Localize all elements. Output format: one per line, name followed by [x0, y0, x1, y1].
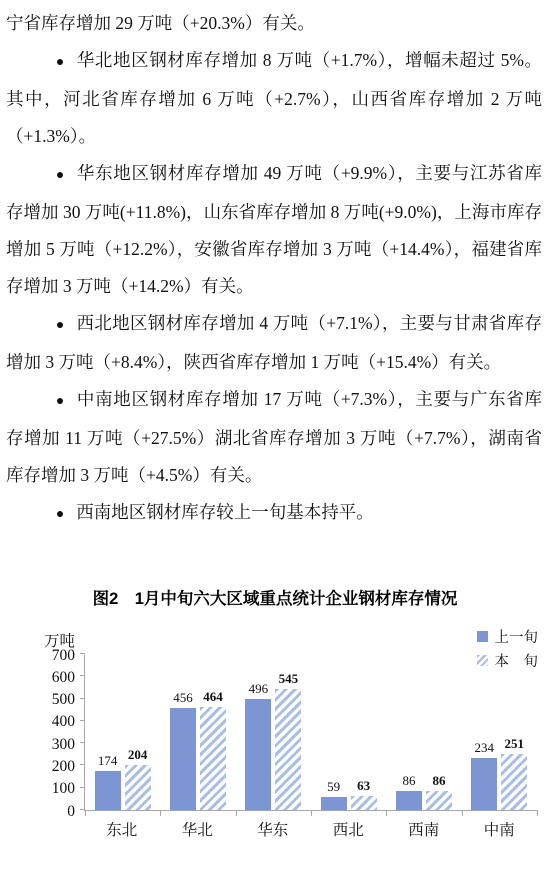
bar-with-label: 86: [396, 773, 422, 810]
y-tick-mark: [80, 720, 85, 721]
bar-value-label: 174: [98, 753, 118, 768]
bar-previous-period: [321, 797, 347, 810]
bar-value-label: 204: [128, 747, 148, 762]
bullet-icon: ●: [56, 394, 65, 409]
chart-body: 0100200300400500600700 17420445646449654…: [0, 655, 550, 811]
bullet-icon: ●: [56, 507, 64, 522]
paragraph: 宁省库存增加 29 万吨（+20.3%）有关。: [6, 5, 542, 42]
bar-value-label: 86: [402, 773, 415, 788]
bar-with-label: 251: [501, 736, 527, 810]
y-tick-label: 400: [52, 713, 75, 730]
y-tick-label: 200: [52, 758, 75, 775]
bar-previous-period: [170, 708, 196, 810]
document-text: 宁省库存增加 29 万吨（+20.3%）有关。●华北地区钢材库存增加 8 万吨（…: [0, 0, 550, 533]
y-tick-mark: [80, 653, 85, 654]
y-tick-mark: [80, 764, 85, 765]
paragraph: ●中南地区钢材库存增加 17 万吨（+7.3%），主要与广东省库存增加 11 万…: [6, 381, 542, 494]
bar-with-label: 204: [125, 747, 151, 810]
bar-value-label: 59: [327, 779, 340, 794]
chart-header: 万吨 上一旬 本 旬: [0, 629, 550, 655]
bar-value-label: 86: [432, 773, 445, 788]
bullet-icon: ●: [56, 318, 65, 333]
bar-current-period: [275, 689, 301, 810]
bar-with-label: 456: [170, 690, 196, 810]
x-tick-mark: [386, 810, 387, 816]
legend-solid-swatch-icon: [477, 631, 488, 642]
y-tick-label: 500: [52, 691, 75, 708]
bar-group: 5963: [311, 778, 386, 810]
x-category-label: 华北: [160, 818, 236, 840]
bar-value-label: 251: [505, 736, 525, 751]
bar-value-label: 545: [279, 671, 299, 686]
bar-previous-period: [245, 699, 271, 810]
y-tick-label: 300: [52, 736, 75, 753]
x-tick-mark: [462, 810, 463, 816]
bar-previous-period: [95, 771, 121, 810]
bar-group: 234251: [462, 736, 537, 810]
paragraph: ●西南地区钢材库存较上一旬基本持平。: [6, 494, 542, 533]
bar-current-period: [426, 791, 452, 810]
bar-group: 8686: [386, 773, 461, 810]
bar-current-period: [125, 765, 151, 810]
bar-value-label: 234: [475, 740, 495, 755]
y-tick-label: 600: [52, 669, 75, 686]
y-tick-mark: [80, 787, 85, 788]
x-tick-mark: [311, 810, 312, 816]
paragraph: ●华北地区钢材库存增加 8 万吨（+1.7%），增幅未超过 5%。其中，河北省库…: [6, 42, 542, 155]
bar-current-period: [501, 754, 527, 810]
bar-with-label: 496: [245, 681, 271, 810]
legend-item-previous-period: 上一旬: [477, 624, 539, 648]
plot-area: 17420445646449654559638686234251: [84, 655, 537, 811]
bar-with-label: 234: [471, 740, 497, 810]
y-tick-mark: [80, 698, 85, 699]
x-tick-mark: [160, 810, 161, 816]
x-category-label: 华东: [235, 818, 311, 840]
x-tick-mark: [537, 810, 538, 816]
bar-with-label: 464: [200, 689, 226, 810]
y-axis: 0100200300400500600700: [0, 655, 84, 811]
bar-group: 174204: [85, 747, 160, 810]
x-category-label: 西南: [386, 818, 462, 840]
x-category-label: 东北: [84, 818, 160, 840]
y-tick-mark: [80, 675, 85, 676]
chart-title: 图2 1月中旬六大区域重点统计企业钢材库存情况: [0, 585, 550, 609]
bar-value-label: 456: [173, 690, 193, 705]
bar-value-label: 496: [249, 681, 269, 696]
x-axis-labels: 东北华北华东西北西南中南: [84, 818, 537, 840]
bar-previous-period: [396, 791, 422, 810]
bar-current-period: [351, 796, 377, 810]
bar-group: 496545: [236, 671, 311, 810]
bullet-icon: ●: [56, 168, 65, 183]
legend-label-previous: 上一旬: [495, 626, 539, 647]
bar-current-period: [200, 707, 226, 810]
x-tick-mark: [236, 810, 237, 816]
y-tick-label: 100: [52, 780, 75, 797]
bar-previous-period: [471, 758, 497, 810]
bar-group: 456464: [160, 689, 235, 810]
x-category-label: 中南: [462, 818, 538, 840]
chart: 万吨 上一旬 本 旬 0100200300400500600700 174204…: [0, 629, 550, 840]
paragraph: ●华东地区钢材库存增加 49 万吨（+9.9%），主要与江苏省库存增加 30 万…: [6, 155, 542, 305]
x-category-label: 西北: [311, 818, 387, 840]
bar-with-label: 63: [351, 778, 377, 810]
bar-with-label: 59: [321, 779, 347, 810]
y-tick-label: 700: [52, 647, 75, 664]
paragraph: ●西北地区钢材库存增加 4 万吨（+7.1%），主要与甘肃省库存增加 3 万吨（…: [6, 305, 542, 381]
bar-with-label: 545: [275, 671, 301, 810]
bullet-icon: ●: [56, 55, 65, 70]
bar-with-label: 174: [95, 753, 121, 810]
bar-value-label: 464: [203, 689, 223, 704]
bar-with-label: 86: [426, 773, 452, 810]
y-tick-mark: [80, 742, 85, 743]
bar-value-label: 63: [357, 778, 370, 793]
y-tick-label: 0: [67, 803, 75, 820]
x-tick-mark: [85, 810, 86, 816]
